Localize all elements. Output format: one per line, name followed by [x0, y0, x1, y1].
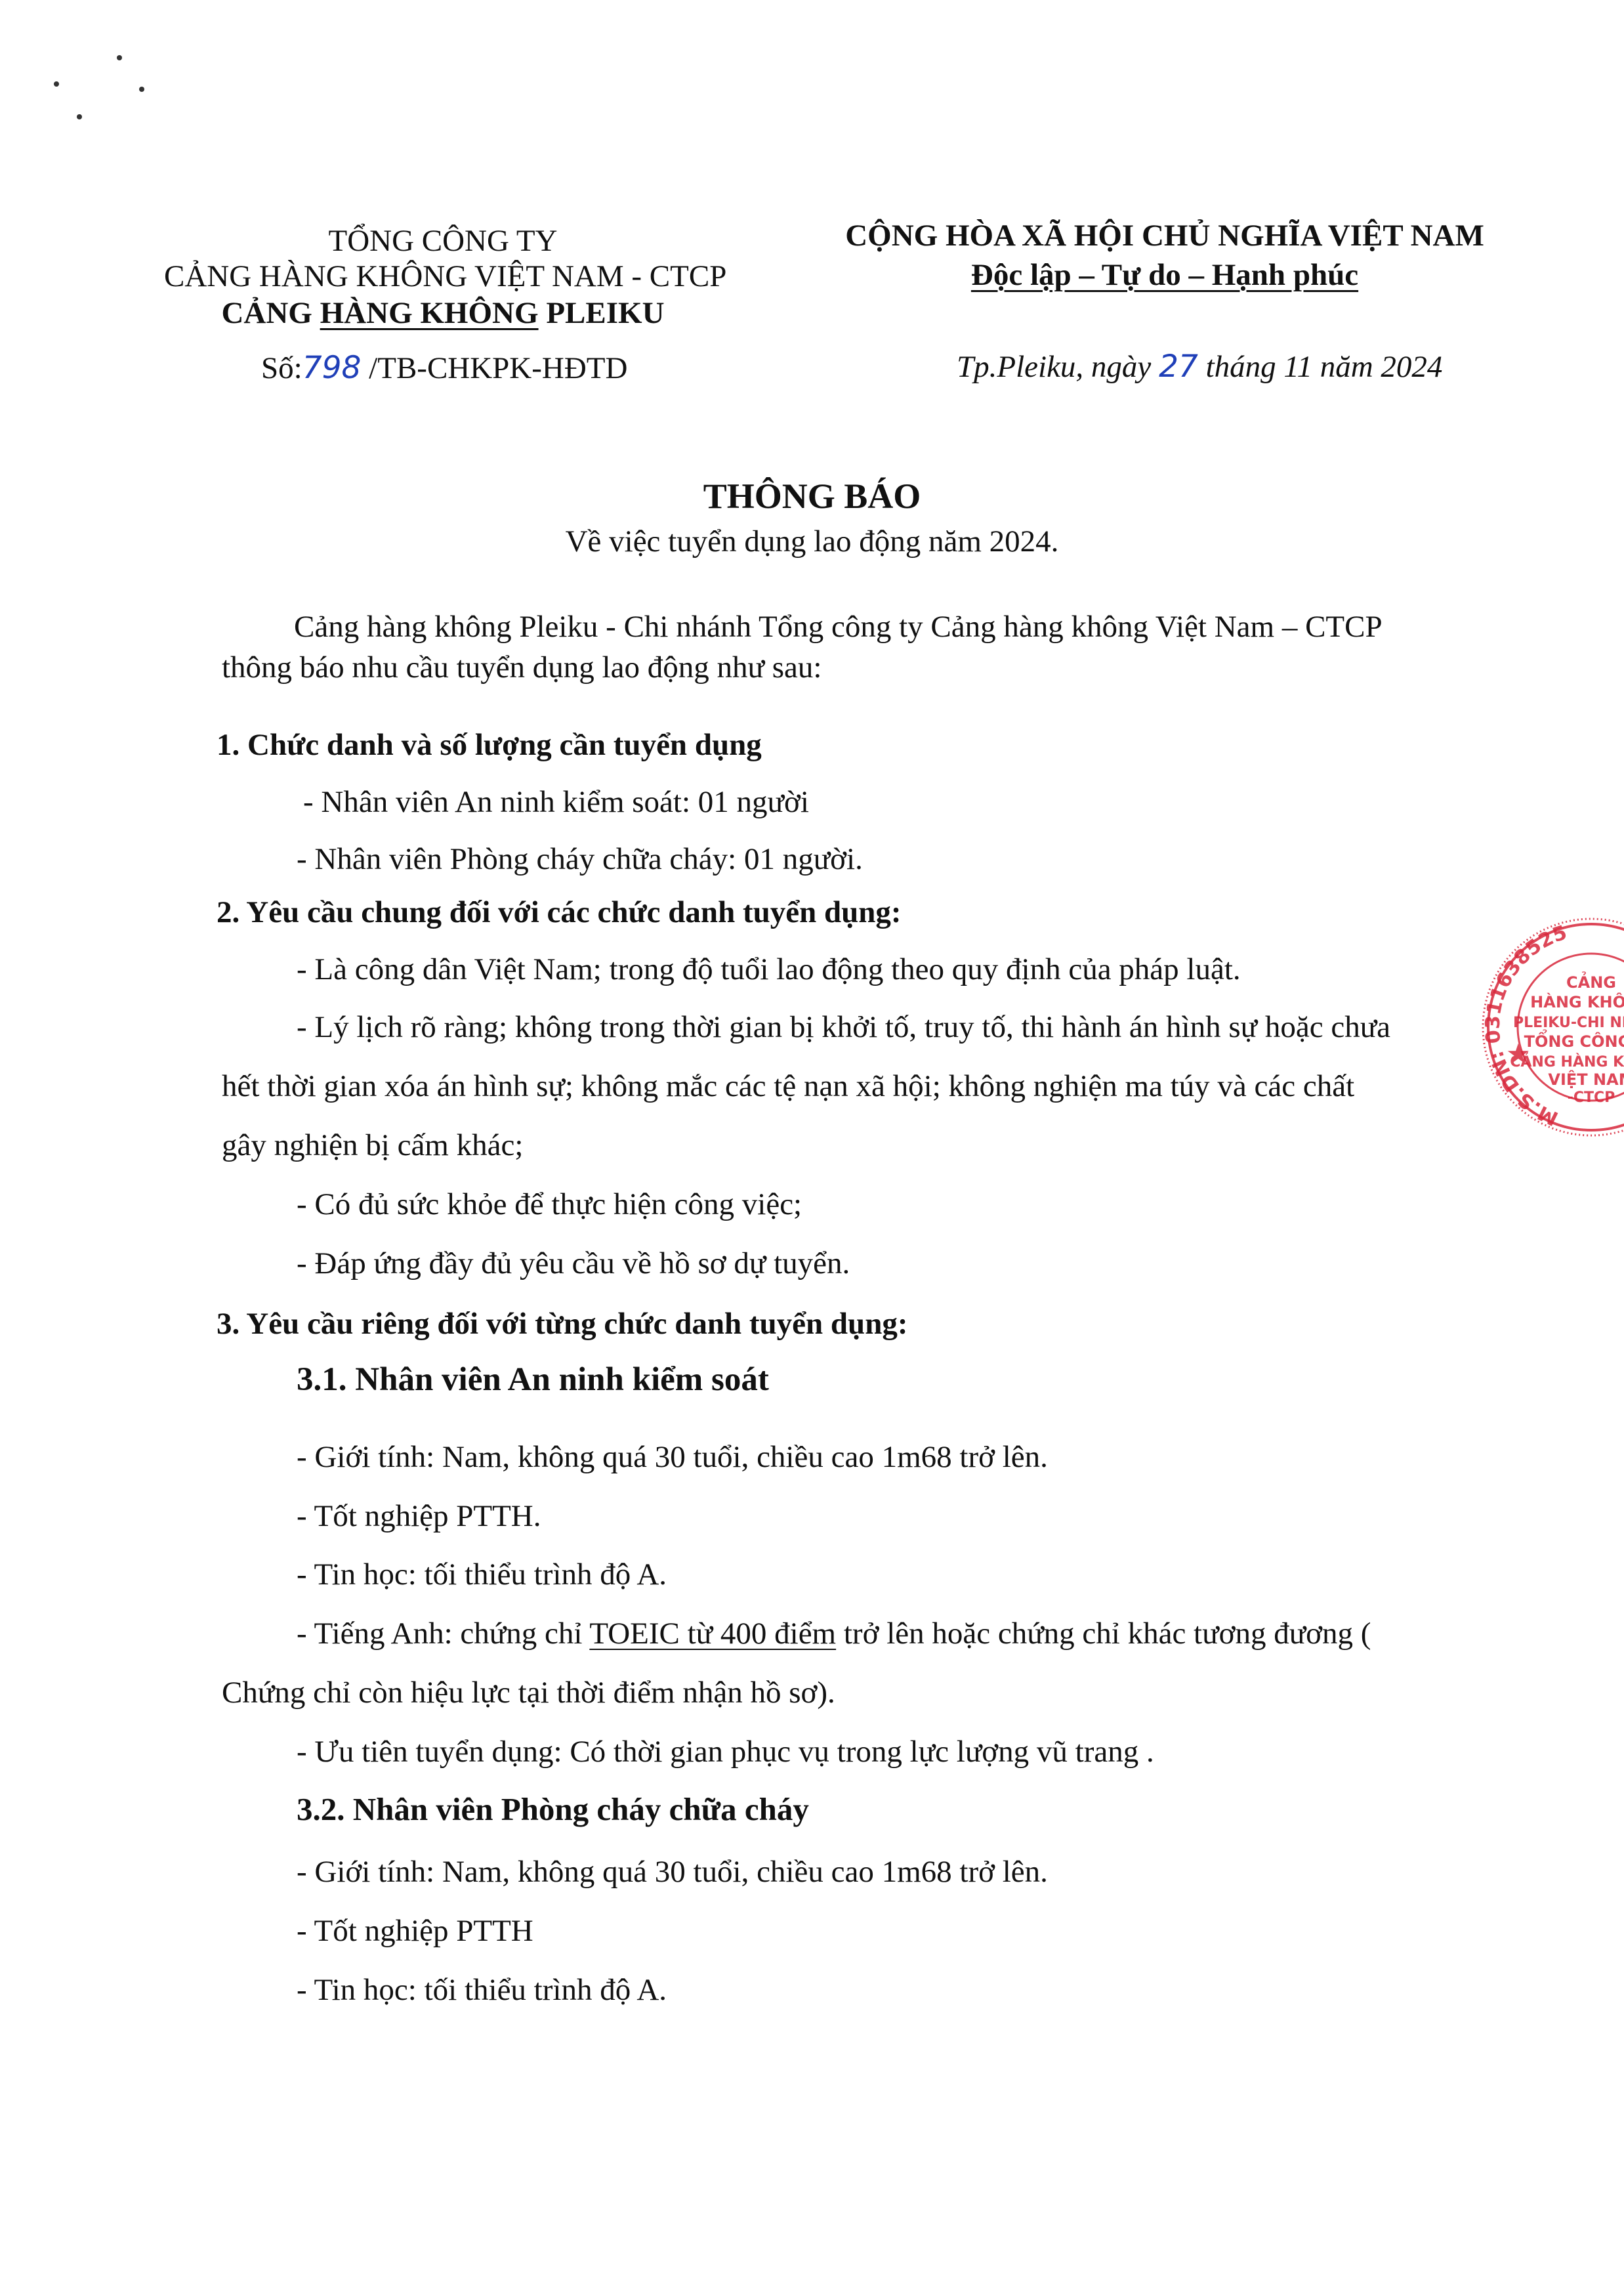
national-motto: Độc lập – Tự do – Hạnh phúc — [804, 256, 1526, 294]
org-name-prefix: CẢNG — [221, 296, 320, 330]
section3-1-gender: - Giới tính: Nam, không quá 30 tuổi, chi… — [297, 1439, 1048, 1475]
section3-heading: 3. Yêu cầu riêng đối với từng chức danh … — [217, 1306, 907, 1342]
svg-text:-CTCP: -CTCP — [1568, 1089, 1615, 1106]
section2-item-record-line2: hết thời gian xóa án hình sự; không mắc … — [222, 1068, 1354, 1104]
section2-item-record-line3: gây nghiện bị cấm khác; — [222, 1128, 523, 1163]
section1-item: - Nhân viên Phòng cháy chữa cháy: 01 ngư… — [297, 841, 863, 877]
section2-item-record-line1: - Lý lịch rõ ràng; không trong thời gian… — [297, 1009, 1390, 1045]
section3-1-education: - Tốt nghiệp PTTH. — [297, 1498, 541, 1534]
intro-line2: thông báo nhu cầu tuyển dụng lao động nh… — [222, 650, 822, 685]
english-suffix: trở lên hoặc chứng chỉ khác tương đương … — [836, 1617, 1371, 1651]
intro-line1: Cảng hàng không Pleiku - Chi nhánh Tổng … — [294, 609, 1383, 645]
org-name-underlined: HÀNG KHÔNG — [320, 296, 539, 330]
company-seal-stamp: M.S.DN: 0311638525 ★ TP.PLEIKU CẢNG HÀNG… — [1480, 916, 1624, 1139]
country-name: CỘNG HÒA XÃ HỘI CHỦ NGHĨA VIỆT NAM — [804, 217, 1526, 255]
svg-text:CẢNG HÀNG KHÔNG: CẢNG HÀNG KHÔNG — [1510, 1052, 1624, 1070]
section3-2-gender: - Giới tính: Nam, không quá 30 tuổi, chi… — [297, 1854, 1048, 1890]
svg-text:TỔNG CÔNG TY: TỔNG CÔNG TY — [1524, 1028, 1624, 1051]
ref-label: Số: — [261, 351, 302, 385]
section2-item-citizen: - Là công dân Việt Nam; trong độ tuổi la… — [297, 952, 1241, 987]
svg-text:PLEIKU-CHI NHÁNH: PLEIKU-CHI NHÁNH — [1513, 1014, 1624, 1031]
svg-text:HÀNG KHÔNG: HÀNG KHÔNG — [1530, 992, 1624, 1011]
document-subtitle: Về việc tuyển dụng lao động năm 2024. — [0, 522, 1624, 561]
section2-item-health: - Có đủ sức khỏe để thực hiện công việc; — [297, 1187, 802, 1222]
seal-icon: M.S.DN: 0311638525 ★ TP.PLEIKU CẢNG HÀNG… — [1480, 916, 1624, 1139]
motto-text: Độc lập – Tự do – Hạnh phúc — [971, 258, 1358, 292]
english-prefix: - Tiếng Anh: chứng chỉ — [297, 1617, 589, 1651]
section3-1-heading: 3.1. Nhân viên An ninh kiểm soát — [297, 1361, 769, 1399]
ref-number-handwritten: 798 — [302, 350, 362, 386]
svg-text:CẢNG: CẢNG — [1566, 970, 1616, 992]
section3-1-priority: - Ưu tiên tuyển dụng: Có thời gian phục … — [297, 1734, 1154, 1769]
section3-1-it: - Tin học: tối thiểu trình độ A. — [297, 1557, 667, 1592]
date-suffix: tháng 11 năm 2024 — [1198, 350, 1443, 384]
org-name: CẢNG HÀNG KHÔNG PLEIKU — [164, 294, 722, 332]
section3-2-heading: 3.2. Nhân viên Phòng cháy chữa cháy — [297, 1790, 809, 1828]
reference-number: Số:798 /TB-CHKPK-HĐTD — [261, 349, 627, 387]
org-name-suffix: PLEIKU — [539, 296, 665, 330]
date-day-handwritten: 27 — [1159, 349, 1198, 385]
svg-text:VIỆT NAM: VIỆT NAM — [1548, 1069, 1624, 1089]
section2-item-documents: - Đáp ứng đầy đủ yêu cầu về hồ sơ dự tuy… — [297, 1246, 850, 1281]
section3-2-it: - Tin học: tối thiểu trình độ A. — [297, 1972, 667, 2008]
section3-2-education: - Tốt nghiệp PTTH — [297, 1913, 533, 1949]
ref-code: /TB-CHKPK-HĐTD — [361, 351, 627, 385]
date-line: Tp.Pleiku, ngày 27 tháng 11 năm 2024 — [957, 348, 1442, 386]
english-toeic-underlined: TOEIC từ 400 điểm — [589, 1617, 836, 1651]
org-parent-line2: CẢNG HÀNG KHÔNG VIỆT NAM - CTCP — [164, 257, 722, 295]
section1-heading: 1. Chức danh và số lượng cần tuyển dụng — [217, 727, 762, 763]
section1-item: - Nhân viên An ninh kiểm soát: 01 người — [303, 784, 809, 820]
org-parent-line1: TỔNG CÔNG TY — [164, 222, 722, 260]
document-title: THÔNG BÁO — [0, 474, 1624, 518]
section2-heading: 2. Yêu cầu chung đối với các chức danh t… — [217, 895, 902, 930]
section3-1-english-line2: Chứng chỉ còn hiệu lực tại thời điểm nhậ… — [222, 1675, 835, 1710]
date-prefix: Tp.Pleiku, ngày — [957, 350, 1159, 384]
section3-1-english: - Tiếng Anh: chứng chỉ TOEIC từ 400 điểm… — [297, 1616, 1371, 1651]
